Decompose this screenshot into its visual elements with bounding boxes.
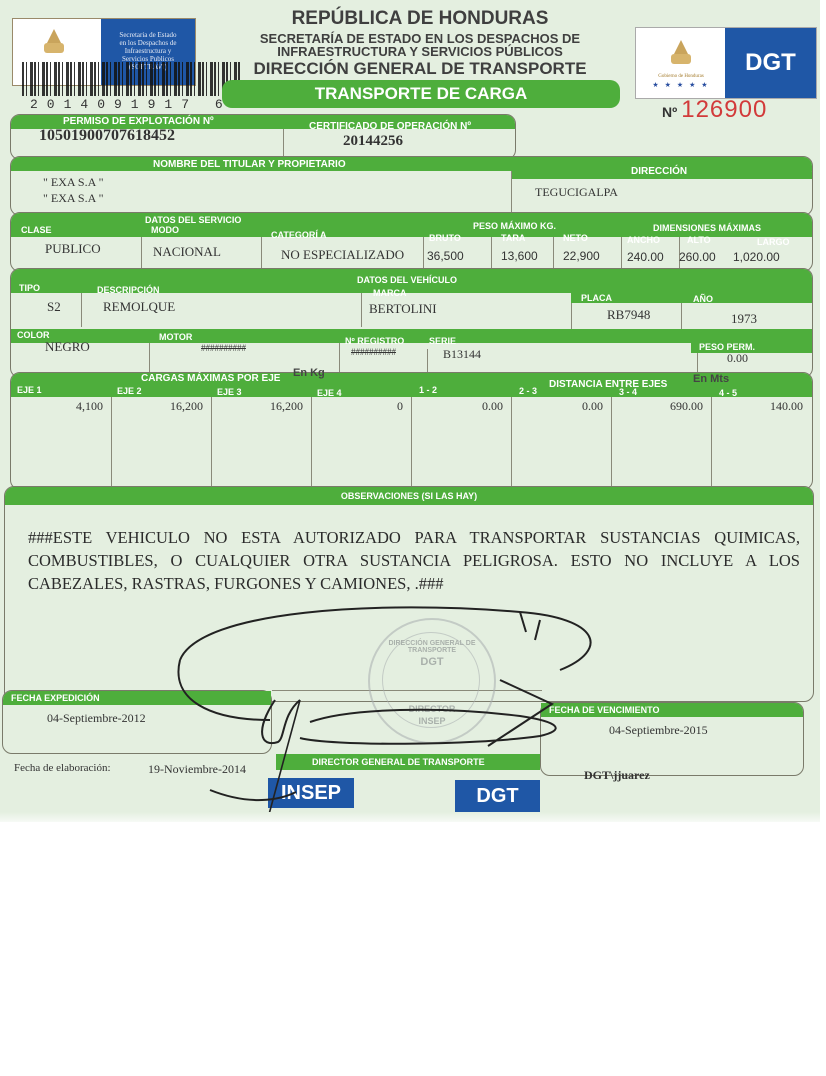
signature-icon [0,0,826,830]
transport-certificate: Secretaria de Estado en los Despachos de… [0,0,820,818]
